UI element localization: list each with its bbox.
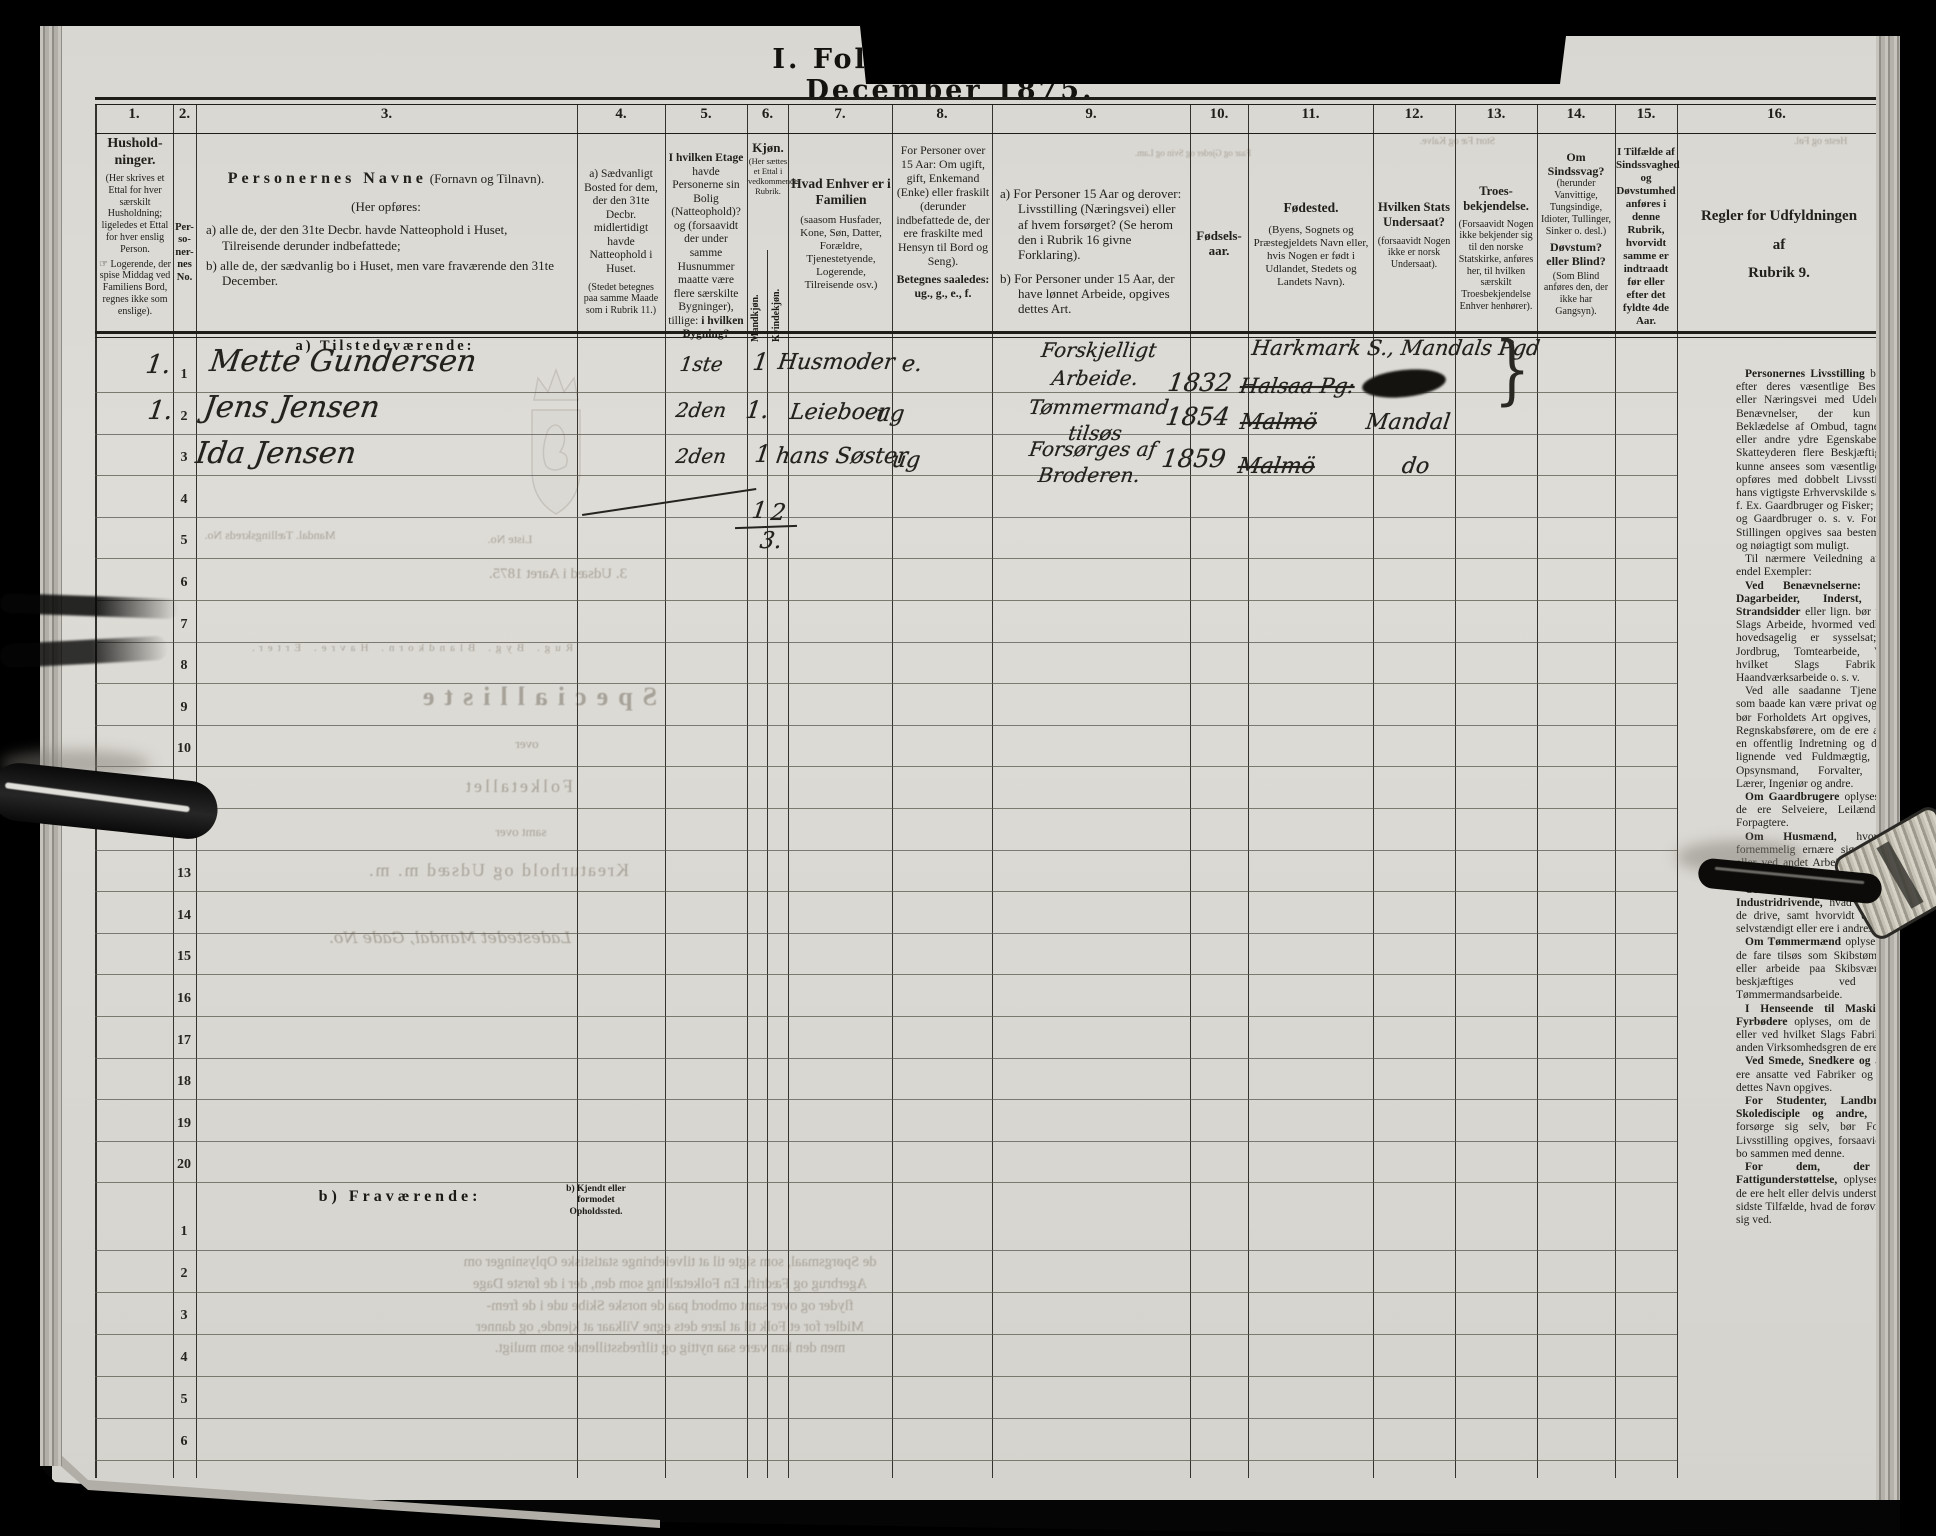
birthplace-correction: do	[1400, 454, 1431, 479]
table-column-line	[1677, 104, 1678, 1478]
row-line	[95, 1099, 1677, 1100]
row-line	[95, 1292, 1677, 1293]
table-column-line	[1455, 104, 1456, 1478]
row-number: 1	[171, 361, 197, 389]
table-column-line	[665, 104, 666, 1478]
table-rule-line	[95, 133, 1878, 134]
birth-year: 1859	[1160, 444, 1228, 473]
floor-entry: 1ste	[678, 352, 724, 376]
row-line	[95, 1334, 1677, 1335]
row-line	[95, 891, 1677, 892]
row-line	[95, 642, 1677, 643]
row-line	[95, 933, 1677, 934]
bleedthrough-grain-columns: Rug. Byg. Blandkorn. Havre. Erter.	[165, 642, 655, 654]
section-b-label: b) Fraværende:	[290, 1188, 510, 1206]
sex-male-mark: 1.	[744, 396, 771, 424]
row-line	[95, 725, 1677, 726]
column-number: 4.	[577, 106, 665, 130]
bleedthrough-stortfae-column: Stort Fæ og Kalve.	[1400, 136, 1515, 147]
column-number: 10.	[1190, 106, 1248, 130]
tally-diagonal-line	[582, 488, 756, 516]
marital-status: e.	[900, 352, 924, 377]
sex-female-mark: 1	[753, 440, 772, 468]
birth-year: 1854	[1164, 402, 1232, 431]
column-header-statsborgerskab: Hvilken Stats Undersaat? (forsaavidt Nog…	[1376, 200, 1452, 271]
tally-sum: 3.	[758, 528, 784, 554]
column-header-bosted: a) Sædvanligt Bosted for dem, der den 31…	[580, 168, 662, 317]
row-number: 3	[171, 1302, 197, 1330]
row-line	[95, 1460, 1677, 1461]
row-line	[95, 766, 1677, 767]
row-number: 5	[171, 527, 197, 555]
column-number: 6.	[747, 106, 788, 130]
bleedthrough-folketallet: Folketallet	[438, 776, 598, 797]
floor-entry: 2den	[674, 444, 728, 468]
row-number: 6	[171, 1428, 197, 1456]
row-number: 4	[171, 486, 197, 514]
column-header-kjoen: Kjøn. (Her sættes et Ettal i vedkommende…	[748, 140, 788, 196]
household-number: 1.	[144, 350, 173, 380]
table-column-line	[892, 104, 893, 1478]
column-header-regler: Regler for Udfyldningen af Rubrik 9.	[1688, 202, 1870, 288]
column-header-livsstilling: a) For Personer 15 Aar og derover: Livss…	[1000, 186, 1184, 317]
bleedthrough-paragraph-line: de Spørgsmaal, som sigte til at tilveieb…	[250, 1254, 1090, 1271]
column-header-navne: Personernes Navne (Fornavn og Tilnavn). …	[206, 170, 566, 289]
birthplace-struck: Malmö	[1238, 410, 1318, 435]
table-rule-line	[95, 331, 1878, 334]
occupation-entry: Forsørges af Broderen.	[992, 436, 1189, 488]
row-number: 15	[171, 943, 197, 971]
table-rule-line	[95, 97, 1878, 100]
row-line	[95, 517, 1677, 518]
column-subheader-mandkjoen: Mandkjøn.	[750, 256, 761, 342]
column-header-tilfaelde: I Tilfælde af Sindssvaghed og Døvstumhed…	[1616, 146, 1676, 328]
column-number: 2.	[173, 106, 196, 130]
table-column-line	[992, 104, 993, 1478]
bleedthrough-faar-column: Faar og Gjeder og Svin og Lam.	[1128, 148, 1258, 158]
column-header-foedselsaar: Fødsels- aar.	[1191, 228, 1247, 259]
row-line	[95, 1418, 1677, 1419]
paper-sheet: 2. Kreaturhold den 31te December 1875. M…	[52, 24, 1898, 1500]
column-header-etage: I hvilken Etage havde Personerne sin Bol…	[668, 152, 744, 342]
column-header-husholdninger: Hushold- ninger. (Her skrives et Ettal f…	[97, 136, 173, 318]
column-number: 12.	[1373, 106, 1455, 130]
family-position: hans Søster	[774, 444, 909, 469]
section-b-note: b) Kjendt eller formodet Opholdssted.	[550, 1184, 642, 1218]
bleedthrough-paragraph-line: men den kan være saa nyttig og tilfredss…	[250, 1340, 1090, 1357]
right-page-edges	[1876, 36, 1900, 1500]
person-name: Mette Gundersen	[208, 344, 479, 379]
table-column-line	[1537, 104, 1538, 1478]
row-number: 16	[171, 985, 197, 1013]
household-number: 1.	[146, 396, 175, 426]
row-number: 17	[171, 1027, 197, 1055]
column-number: 16.	[1677, 106, 1876, 130]
column-number: 13.	[1455, 106, 1537, 130]
column-number: 9.	[992, 106, 1190, 130]
column-header-sindssvag: Om Sindssvag? (herunder Vanvittige, Tung…	[1540, 150, 1612, 318]
occupation-entry: Forskjelligt Arbeide.	[998, 336, 1196, 392]
column-header-foedested: Fødested. (Byens, Sognets og Præstegjeld…	[1252, 200, 1370, 289]
table-rule-line	[95, 104, 1878, 105]
row-line	[95, 600, 1677, 601]
row-line	[95, 558, 1677, 559]
birthplace-struck: Malmö	[1236, 454, 1316, 479]
bleedthrough-specialliste-title: Specialliste	[390, 682, 680, 712]
column-number: 1.	[95, 106, 173, 130]
column-number: 15.	[1615, 106, 1677, 130]
table-column-line	[577, 104, 578, 1478]
column-subheader-kvindekjoen: Kvindekjøn.	[771, 256, 782, 342]
row-line	[95, 1058, 1677, 1059]
row-line	[95, 974, 1677, 975]
row-number: 5	[171, 1386, 197, 1414]
row-number: 2	[171, 1260, 197, 1288]
column-number: 3.	[196, 106, 577, 130]
table-column-line	[1190, 104, 1191, 1478]
column-number: 11.	[1248, 106, 1373, 130]
census-scan-page: 2. Kreaturhold den 31te December 1875. M…	[0, 0, 1936, 1536]
row-number: 19	[171, 1110, 197, 1138]
marital-status: ug	[874, 402, 906, 427]
row-line	[95, 475, 1677, 476]
floor-entry: 2den	[674, 398, 728, 422]
row-line	[95, 850, 1677, 851]
row-number: 13	[171, 860, 197, 888]
tally-male-total: 1	[750, 498, 768, 524]
table-column-line	[788, 104, 789, 1478]
row-number: 1	[171, 1218, 197, 1246]
bleedthrough-heste-column: Heste og Føl.	[1778, 136, 1863, 147]
column-header-familiestilling: Hvad Enhver er i Familien (saasom Husfad…	[791, 176, 891, 292]
column-number: 5.	[665, 106, 747, 130]
birth-year: 1832	[1166, 368, 1234, 397]
bleedthrough-samt-over: samt over	[466, 824, 576, 840]
column-number: 14.	[1537, 106, 1615, 130]
bleedthrough-paragraph-line: Agerbrug og Fædrift. En Folketælling som…	[250, 1276, 1090, 1293]
row-number: 20	[171, 1151, 197, 1179]
row-number: 9	[171, 694, 197, 722]
birthplace-correction: Mandal	[1364, 410, 1452, 435]
marital-status: ug	[890, 448, 922, 473]
row-line	[95, 1182, 1677, 1183]
table-column-line	[747, 104, 748, 1478]
row-line	[95, 683, 1677, 684]
right-black-margin	[1900, 0, 1936, 1536]
row-number: 8	[171, 652, 197, 680]
row-line	[95, 1016, 1677, 1017]
column-number: 7.	[788, 106, 892, 130]
table-column-line	[1248, 104, 1249, 1478]
birthplace-struck: Halsaa Pg:	[1238, 374, 1356, 398]
bleedthrough-udsaed-heading: 3. Udsæd i Aaret 1875.	[448, 566, 668, 583]
row-line	[95, 808, 1677, 809]
row-number: 18	[171, 1068, 197, 1096]
bleedthrough-kreaturhold-udsaed: Kreaturhold og Udsæd m. m.	[278, 860, 718, 881]
row-line	[95, 1250, 1677, 1251]
table-column-line	[1373, 104, 1374, 1478]
family-position: Husmoder	[776, 350, 896, 375]
row-number: 10	[171, 735, 197, 763]
row-number: 6	[171, 569, 197, 597]
column-number: 8.	[892, 106, 992, 130]
row-number: 4	[171, 1344, 197, 1372]
column-header-civilstand: For Personer over 15 Aar: Om ugift, gift…	[895, 144, 991, 301]
tally-female-total: 2	[769, 500, 787, 526]
row-line	[95, 1141, 1677, 1142]
bleedthrough-over: over	[492, 736, 562, 752]
left-page-edges	[40, 26, 62, 1466]
column-header-troesbekjendelse: Troes- bekjendelse. (Forsaavidt Nogen ik…	[1458, 184, 1534, 313]
row-number: 2	[171, 403, 197, 431]
column-header-personernes-no: Per- so- ner- nes No.	[174, 222, 195, 284]
bleedthrough-paragraph-line: flyder og over samt ombord paa de norske…	[250, 1298, 1090, 1315]
birthplace-brace: }	[1494, 324, 1530, 413]
bleedthrough-gade-line: Ladestedet Mandal, Gade No.	[265, 928, 635, 947]
person-name: Jens Jensen	[202, 390, 383, 425]
row-line	[95, 1376, 1677, 1377]
person-name: Ida Jensen	[194, 436, 359, 471]
row-number: 14	[171, 902, 197, 930]
